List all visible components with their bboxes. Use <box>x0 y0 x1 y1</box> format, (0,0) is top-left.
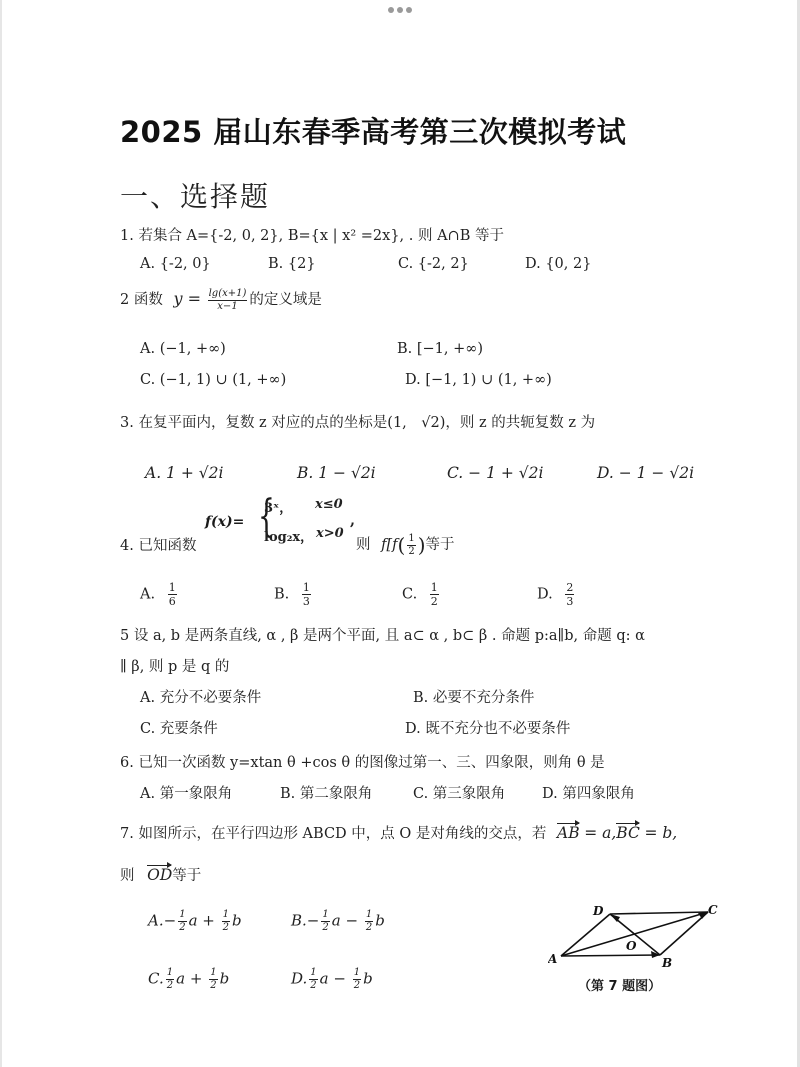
more-dots-icon[interactable] <box>388 7 412 13</box>
q4-option-c: C. 12 <box>402 582 441 607</box>
q2-option-a: A. (−1, +∞) <box>140 341 226 357</box>
q2-option-b: B. [−1, +∞) <box>397 341 483 357</box>
q1-option-d: D. {0, 2} <box>525 256 591 272</box>
vector-bc: BC <box>616 824 640 842</box>
document-title: 2025 届山东春季高考第三次模拟考试 <box>120 110 626 151</box>
q4-then-expr: 则 f[f(12)等于 <box>356 533 455 557</box>
question-2-stem: 2 函数 y = lg(x+1) x−1 的定义域是 <box>120 288 322 312</box>
q4-function-lhs: f(x)= <box>205 514 244 530</box>
parallelogram-diagram: A B C D O <box>548 900 718 975</box>
vector-ab: AB <box>557 824 580 842</box>
q7-option-d: D.12a − 12b <box>291 968 373 991</box>
q4-option-d: D. 23 <box>537 582 576 607</box>
q4-ff: f[f <box>381 537 397 553</box>
q2-suffix: 的定义域是 <box>249 292 322 308</box>
question-6-stem: 6. 已知一次函数 y=xtan θ +cos θ 的图像过第一、三、四象限，则… <box>120 751 605 772</box>
q6-option-a: A. 第一象限角 <box>140 782 232 803</box>
q3-option-c: C. − 1 + √2i <box>447 464 543 482</box>
q4-suffix: 等于 <box>426 537 455 553</box>
q2-option-d: D. [−1, 1) ∪ (1, +∞) <box>405 372 552 388</box>
question-7-stem-line2: 则 OD等于 <box>120 864 201 885</box>
vector-od: OD <box>147 866 172 884</box>
question-4-prefix: 4. 已知函数 <box>120 534 196 555</box>
point-o-label: O <box>626 939 637 953</box>
q4-case2-cond: x>0 <box>316 526 344 541</box>
section-heading: 一、选择题 <box>120 175 270 215</box>
q1-option-c: C. {-2, 2} <box>398 256 469 272</box>
q6-option-d: D. 第四象限角 <box>542 782 635 803</box>
q2-formula-lhs: y = <box>173 289 201 308</box>
question-5-stem-line2: ∥ β, 则 p 是 q 的 <box>120 655 229 676</box>
point-a-label: A <box>548 952 557 966</box>
q3-option-b: B. 1 − √2i <box>297 464 376 482</box>
q4-case2-expr: log₂x， <box>264 526 313 545</box>
q3-option-a: A. 1 + √2i <box>145 464 223 482</box>
q4-case-comma: , <box>350 512 355 529</box>
q6-option-c: C. 第三象限角 <box>413 782 505 803</box>
q4-option-a: A. 16 <box>140 582 179 607</box>
q2-prefix: 2 函数 <box>120 292 163 308</box>
point-c-label: C <box>708 903 718 917</box>
q7-option-c: C.12a + 12b <box>148 968 229 991</box>
question-3-stem: 3. 在复平面内，复数 z 对应的点的坐标是(1, √2)，则 z 的共轭复数 … <box>120 411 595 432</box>
question-1-stem: 1. 若集合 A={-2, 0, 2}, B={x | x² =2x}, . 则… <box>120 224 504 245</box>
point-d-label: D <box>592 904 604 918</box>
q5-option-b: B. 必要不充分条件 <box>413 686 534 707</box>
q4-case1-expr: 3ˣ， <box>264 497 292 516</box>
q2-fraction: lg(x+1) x−1 <box>208 289 248 312</box>
page-edge-left <box>0 0 2 1067</box>
q6-option-b: B. 第二象限角 <box>280 782 372 803</box>
q1-option-a: A. {-2, 0} <box>140 256 211 272</box>
q4-half-fraction: 12 <box>407 534 415 557</box>
q1-option-b: B. {2} <box>268 256 316 272</box>
q5-option-a: A. 充分不必要条件 <box>140 686 261 707</box>
q2-numerator: lg(x+1) <box>208 289 248 301</box>
q4-then: 则 <box>356 537 371 553</box>
figure-caption: （第 7 题图） <box>578 975 661 994</box>
q7-option-a: A.−12a + 12b <box>148 910 242 933</box>
q4-option-b: B. 13 <box>274 582 313 607</box>
question-5-stem-line1: 5 设 a, b 是两条直线, α , β 是两个平面, 且 a⊂ α , b⊂… <box>120 624 645 645</box>
q5-option-c: C. 充要条件 <box>140 717 218 738</box>
q5-option-d: D. 既不充分也不必要条件 <box>405 717 570 738</box>
q2-option-c: C. (−1, 1) ∪ (1, +∞) <box>140 372 286 388</box>
q2-denominator: x−1 <box>217 301 237 312</box>
q4-case1-cond: x≤0 <box>315 497 343 512</box>
question-7-stem-line1: 7. 如图所示，在平行四边形 ABCD 中，点 O 是对角线的交点，若 AB =… <box>120 822 677 843</box>
point-b-label: B <box>661 956 672 970</box>
q7-option-b: B.−12a − 12b <box>291 910 385 933</box>
q3-option-d: D. − 1 − √2i <box>597 464 694 482</box>
